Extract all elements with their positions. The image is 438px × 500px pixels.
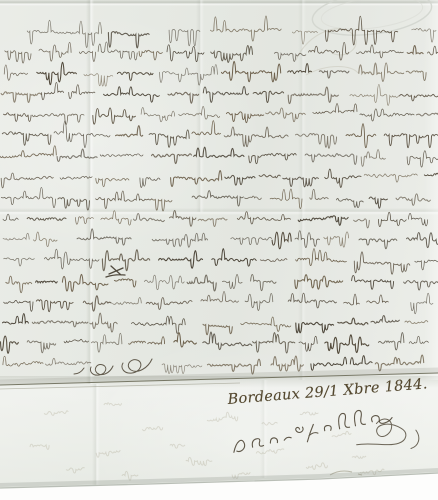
- cross-mark: [106, 266, 125, 277]
- ink-layer: [0, 0, 438, 500]
- signature-strokes: [232, 408, 394, 452]
- flap-showthrough-marks: [30, 401, 385, 481]
- handwriting-text-upside-down: [0, 15, 438, 374]
- embossed-stamp-oval: [310, 0, 434, 41]
- paper-edge-shadow: [0, 470, 438, 485]
- signature: [232, 407, 420, 459]
- end-paraph-flourish: [74, 359, 152, 375]
- letter-scan: Bordeaux 29/1 Xbre 1844.: [0, 0, 438, 500]
